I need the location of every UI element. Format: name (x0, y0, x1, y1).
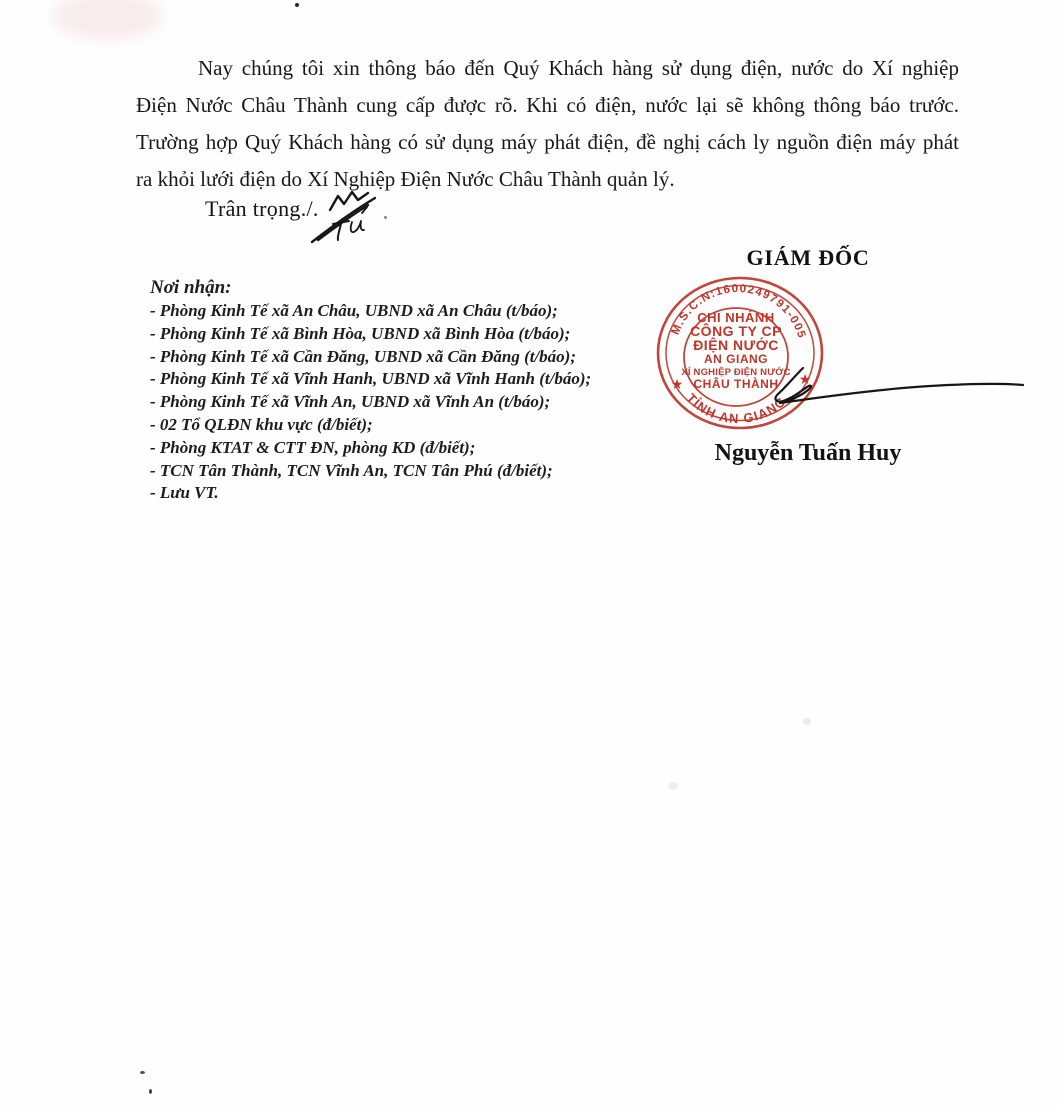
scanned-letter-page: Nay chúng tôi xin thông báo đến Quý Khác… (0, 0, 1062, 1108)
recipient-item: - Lưu VT. (150, 482, 630, 505)
stamp-center-line: CHÂU THÀNH (694, 376, 779, 391)
scan-dot (295, 3, 299, 7)
star-icon: ★ (671, 376, 684, 392)
star-icon: ★ (799, 371, 812, 387)
paraph-signature (312, 192, 375, 242)
scan-dot (149, 1089, 152, 1094)
recipient-item: - Phòng Kinh Tế xã Cần Đăng, UBND xã Cần… (150, 346, 630, 369)
scan-dot (384, 216, 387, 219)
recipients-block: Nơi nhận: - Phòng Kinh Tế xã An Châu, UB… (150, 276, 630, 505)
stamp-center-line: ĐIỆN NƯỚC (693, 336, 779, 353)
paragraph-line: Trường hợp Quý Khách hàng có sử dụng máy… (136, 124, 959, 161)
scan-speck (803, 718, 811, 725)
closing-salutation: Trân trọng./. (205, 196, 319, 222)
company-stamp-seal: M.S.C.N:1600249791-005 TỈNH AN GIANG ★ ★… (645, 268, 835, 443)
recipient-item: - Phòng Kinh Tế xã Bình Hòa, UBND xã Bìn… (150, 323, 630, 346)
scan-smudge (52, 0, 162, 40)
recipient-item: - TCN Tân Thành, TCN Vĩnh An, TCN Tân Ph… (150, 460, 630, 483)
scan-dot (140, 1071, 145, 1074)
paragraph-line: Nay chúng tôi xin thông báo đến Quý Khác… (136, 50, 959, 87)
paragraph-line: ra khỏi lưới điện do Xí Nghiệp Điện Nước… (136, 161, 959, 198)
recipient-item: - Phòng Kinh Tế xã Vĩnh Hanh, UBND xã Vĩ… (150, 368, 630, 391)
stamp-center-line: AN GIANG (704, 352, 768, 366)
recipient-item: - Phòng Kinh Tế xã Vĩnh An, UBND xã Vĩnh… (150, 391, 630, 414)
paragraph-line: Điện Nước Châu Thành cung cấp được rõ. K… (136, 87, 959, 124)
scan-speck (668, 782, 678, 790)
body-paragraph: Nay chúng tôi xin thông báo đến Quý Khác… (136, 50, 959, 198)
recipient-item: - 02 Tổ QLĐN khu vực (đ/biết); (150, 414, 630, 437)
signer-name: Nguyễn Tuấn Huy (690, 440, 926, 467)
recipients-header: Nơi nhận: (150, 276, 630, 300)
recipient-item: - Phòng Kinh Tế xã An Châu, UBND xã An C… (150, 300, 630, 323)
recipient-item: - Phòng KTAT & CTT ĐN, phòng KD (đ/biết)… (150, 437, 630, 460)
